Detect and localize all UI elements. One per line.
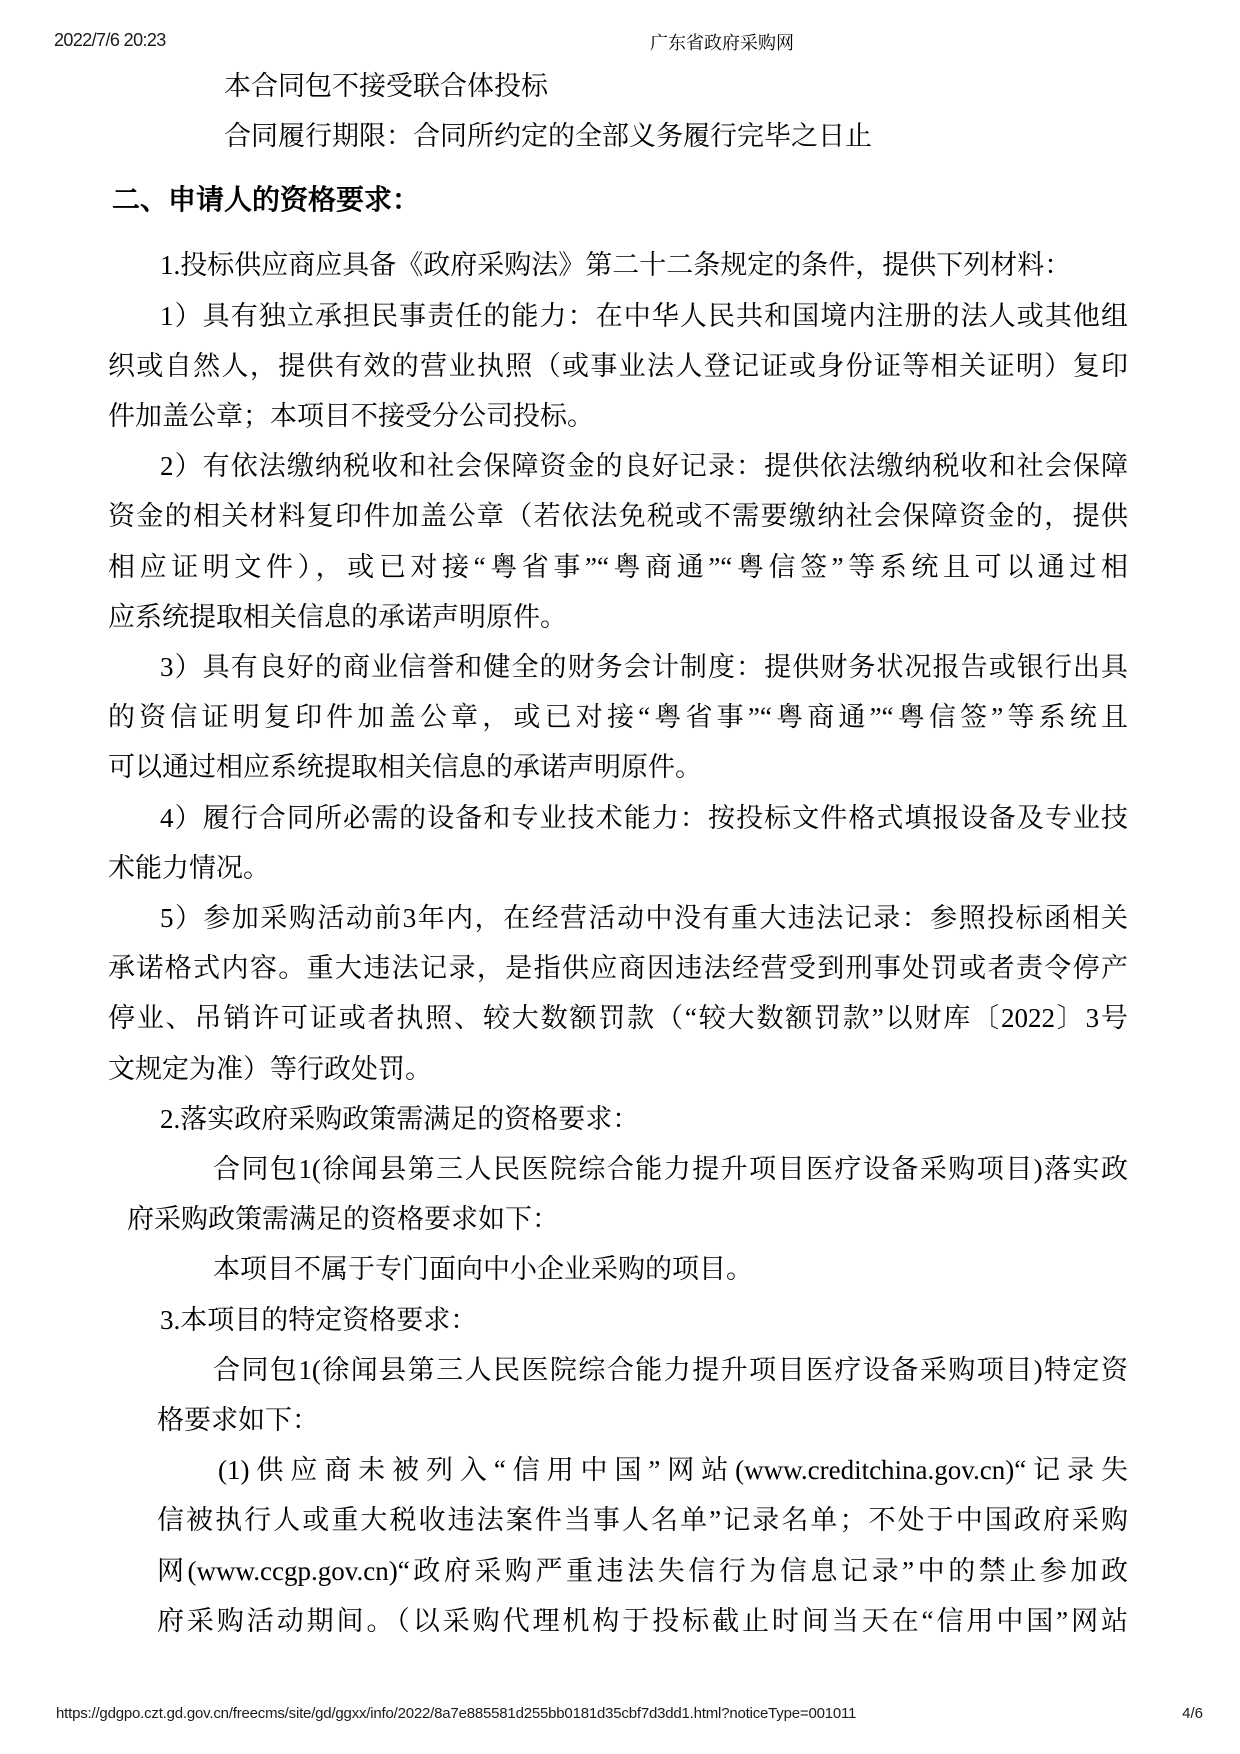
document-line: 可以通过相应系统提取相关信息的承诺声明原件。 — [108, 742, 1128, 792]
document-line: 本项目不属于专门面向中小企业采购的项目。 — [213, 1244, 1128, 1294]
intro-line: 本合同包不接受联合体投标 — [224, 61, 1128, 111]
document-line: 3.本项目的特定资格要求： — [160, 1295, 1128, 1345]
document-line: 府采购政策需满足的资格要求如下： — [127, 1194, 1128, 1244]
document-line: 的资信证明复印件加盖公章，或已对接“粤省事”“粤商通”“粤信签”等系统且 — [108, 692, 1128, 742]
document-line: 承诺格式内容。重大违法记录，是指供应商因违法经营受到刑事处罚或者责令停产 — [108, 943, 1128, 993]
document-line: 2）有依法缴纳税收和社会保障资金的良好记录：提供依法缴纳税收和社会保障 — [160, 441, 1128, 491]
document-line: 件加盖公章；本项目不接受分公司投标。 — [108, 391, 1128, 441]
section-heading: 二、申请人的资格要求： — [112, 173, 1128, 229]
document-line: 5）参加采购活动前3年内，在经营活动中没有重大违法记录：参照投标函相关 — [160, 893, 1128, 943]
document-line: 合同包1(徐闻县第三人民医院综合能力提升项目医疗设备采购项目)落实政 — [213, 1144, 1128, 1194]
document-line: 网(www.ccgp.gov.cn)“政府采购严重违法失信行为信息记录”中的禁止… — [157, 1546, 1128, 1596]
document-line: 文规定为准）等行政处罚。 — [108, 1044, 1128, 1094]
document-line: 府采购活动期间。（以采购代理机构于投标截止时间当天在“信用中国”网站 — [157, 1596, 1128, 1646]
document-line: 2.落实政府采购政策需满足的资格要求： — [160, 1094, 1128, 1144]
document-line: 1.投标供应商应具备《政府采购法》第二十二条规定的条件，提供下列材料： — [160, 240, 1128, 290]
document-body: 本合同包不接受联合体投标 合同履行期限：合同所约定的全部义务履行完毕之日止 二、… — [108, 61, 1128, 1646]
document-line: 4）履行合同所必需的设备和专业技术能力：按投标文件格式填报设备及专业技 — [160, 793, 1128, 843]
document-line: (1)供应商未被列入“信用中国”网站(www.creditchina.gov.c… — [218, 1445, 1128, 1495]
intro-line: 合同履行期限：合同所约定的全部义务履行完毕之日止 — [224, 111, 1128, 161]
document-line: 术能力情况。 — [108, 843, 1128, 893]
document-line: 资金的相关材料复印件加盖公章（若依法免税或不需要缴纳社会保障资金的，提供 — [108, 491, 1128, 541]
footer-url: https://gdgpo.czt.gd.gov.cn/freecms/site… — [56, 1705, 856, 1722]
header-timestamp: 2022/7/6 20:23 — [54, 30, 166, 51]
printed-page: 2022/7/6 20:23 广东省政府采购网 本合同包不接受联合体投标 合同履… — [0, 0, 1240, 1754]
document-line: 格要求如下： — [157, 1395, 1128, 1445]
document-line: 停业、吊销许可证或者执照、较大数额罚款（“较大数额罚款”以财库〔2022〕3号 — [108, 993, 1128, 1043]
document-line: 合同包1(徐闻县第三人民医院综合能力提升项目医疗设备采购项目)特定资 — [213, 1345, 1128, 1395]
document-line: 信被执行人或重大税收违法案件当事人名单”记录名单；不处于中国政府采购 — [157, 1495, 1128, 1545]
document-line: 3）具有良好的商业信誉和健全的财务会计制度：提供财务状况报告或银行出具 — [160, 642, 1128, 692]
header-site-name: 广东省政府采购网 — [650, 29, 794, 55]
document-line: 相应证明文件），或已对接“粤省事”“粤商通”“粤信签”等系统且可以通过相 — [108, 542, 1128, 592]
document-line: 应系统提取相关信息的承诺声明原件。 — [108, 592, 1128, 642]
footer-page-number: 4/6 — [1182, 1705, 1203, 1722]
document-line: 1）具有独立承担民事责任的能力：在中华人民共和国境内注册的法人或其他组 — [160, 291, 1128, 341]
document-line: 织或自然人，提供有效的营业执照（或事业法人登记证或身份证等相关证明）复印 — [108, 341, 1128, 391]
